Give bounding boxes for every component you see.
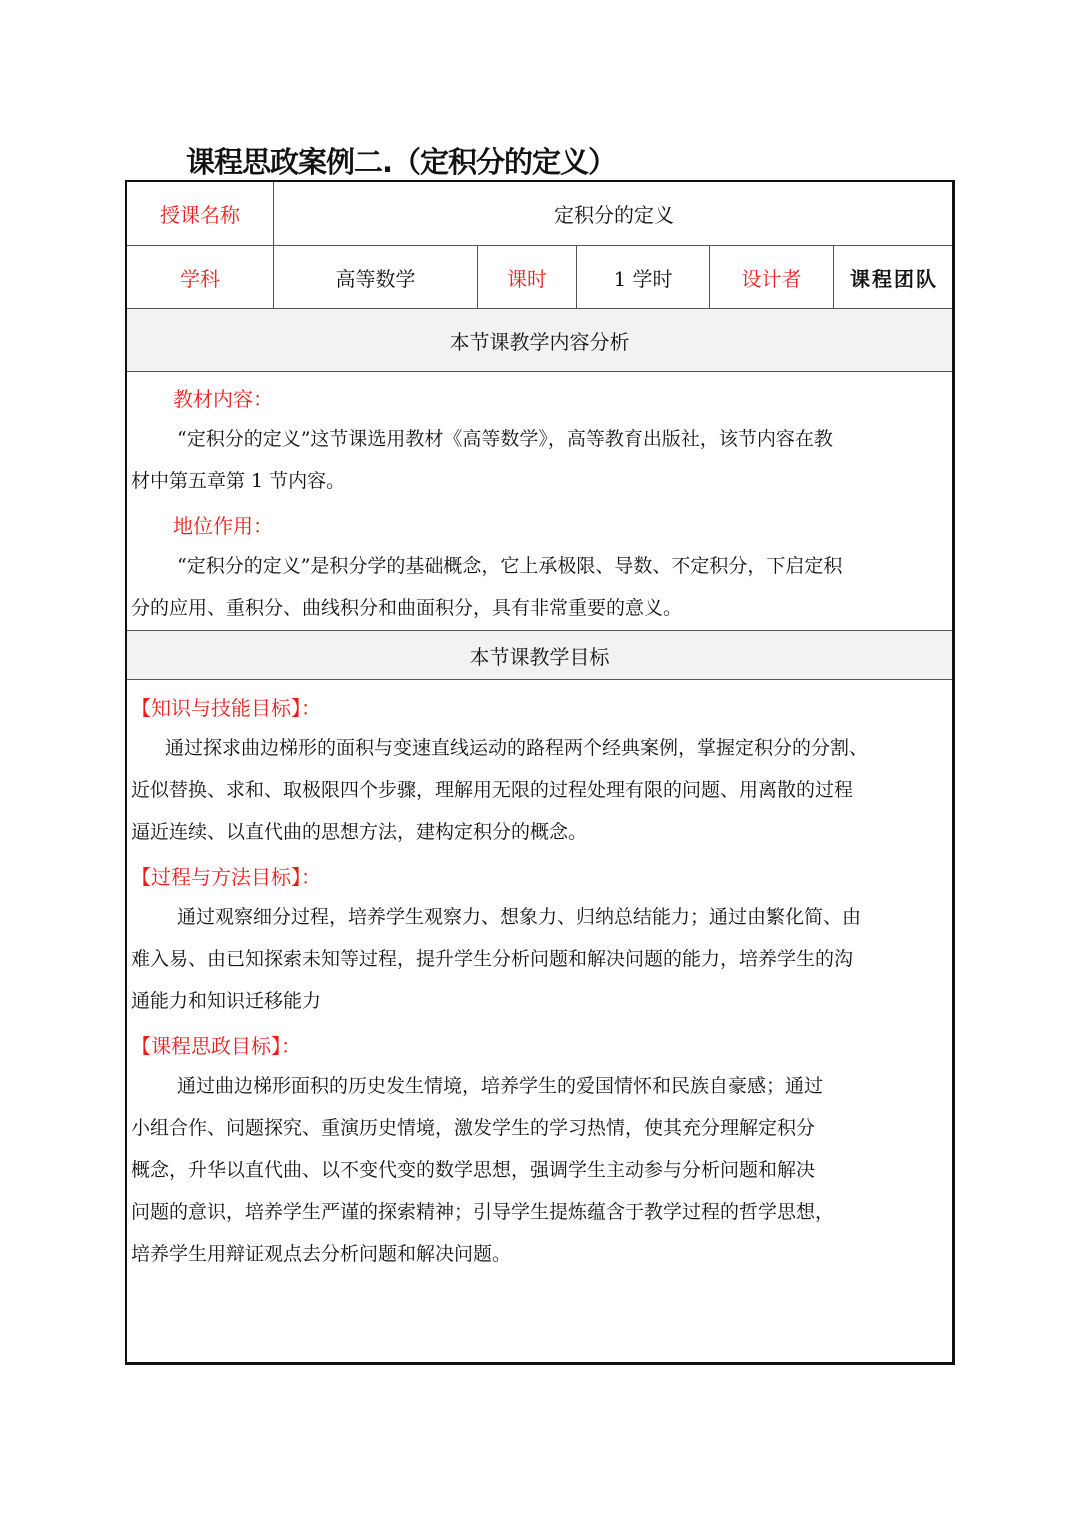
text-line: 通能力和知识迁移能力	[131, 980, 948, 1022]
text-line: 逼近连续、以直代曲的思想方法，建构定积分的概念。	[131, 811, 948, 853]
textbook-label: 教材内容：	[173, 383, 273, 412]
divider	[576, 245, 577, 308]
text-line: “定积分的定义”这节课选用教材《高等数学》，高等教育出版社，该节内容在教	[131, 418, 948, 460]
course-name-value: 定积分的定义	[274, 182, 954, 245]
text-line: 通过探求曲边梯形的面积与变速直线运动的路程两个经典案例，掌握定积分的分割、	[131, 727, 948, 769]
divider	[127, 371, 952, 372]
knowledge-text: 通过探求曲边梯形的面积与变速直线运动的路程两个经典案例，掌握定积分的分割、 近似…	[131, 727, 948, 853]
role-text: “定积分的定义”是积分学的基础概念，它上承极限、导数、不定积分，下启定积 分的应…	[131, 545, 948, 629]
text-line: 问题的意识，培养学生严谨的探索精神；引导学生提炼蕴含于教学过程的哲学思想，	[131, 1191, 922, 1233]
course-name-label: 授课名称	[127, 182, 273, 245]
text-line: 难入易、由已知探索未知等过程，提升学生分析问题和解决问题的能力，培养学生的沟	[131, 938, 948, 980]
divider	[273, 182, 274, 308]
textbook-text: “定积分的定义”这节课选用教材《高等数学》，高等教育出版社，该节内容在教 材中第…	[131, 418, 948, 502]
hours-label: 课时	[478, 246, 576, 308]
text-line: 通过曲边梯形面积的历史发生情境，培养学生的爱国情怀和民族自豪感；通过	[131, 1065, 922, 1107]
page-title: 课程思政案例二.（定积分的定义）	[186, 140, 616, 181]
process-label: 【过程与方法目标】：	[131, 861, 321, 890]
ideology-label: 【课程思政目标】：	[131, 1030, 301, 1059]
text-line: 概念，升华以直代曲、以不变代变的数学思想，强调学生主动参与分析问题和解决	[131, 1149, 922, 1191]
subject-label: 学科	[127, 246, 273, 308]
content-analysis-heading: 本节课教学内容分析	[127, 309, 952, 371]
knowledge-label: 【知识与技能目标】：	[131, 692, 321, 721]
objectives-heading: 本节课教学目标	[127, 631, 952, 679]
text-line: 分的应用、重积分、曲线积分和曲面积分，具有非常重要的意义。	[131, 587, 948, 629]
divider	[709, 245, 710, 308]
process-text: 通过观察细分过程，培养学生观察力、想象力、归纳总结能力；通过由繁化简、由 难入易…	[131, 896, 948, 1022]
text-line: 小组合作、问题探究、重演历史情境，激发学生的学习热情，使其充分理解定积分	[131, 1107, 922, 1149]
ideology-text: 通过曲边梯形面积的历史发生情境，培养学生的爱国情怀和民族自豪感；通过 小组合作、…	[131, 1065, 922, 1275]
role-label: 地位作用：	[173, 510, 273, 539]
subject-value: 高等数学	[274, 246, 477, 308]
text-line: 培养学生用辩证观点去分析问题和解决问题。	[131, 1233, 922, 1275]
divider	[127, 679, 952, 680]
text-line: “定积分的定义”是积分学的基础概念，它上承极限、导数、不定积分，下启定积	[131, 545, 948, 587]
divider	[477, 245, 478, 308]
lesson-table: 授课名称 定积分的定义 学科 高等数学 课时 1 学时 设计者 课程团队 本节课…	[125, 180, 955, 1365]
text-line: 通过观察细分过程，培养学生观察力、想象力、归纳总结能力；通过由繁化简、由	[131, 896, 948, 938]
designer-value: 课程团队	[834, 246, 954, 308]
hours-value: 1 学时	[577, 246, 709, 308]
text-line: 材中第五章第 1 节内容。	[131, 460, 948, 502]
divider	[833, 245, 834, 308]
designer-label: 设计者	[710, 246, 833, 308]
text-line: 近似替换、求和、取极限四个步骤，理解用无限的过程处理有限的问题、用离散的过程	[131, 769, 948, 811]
